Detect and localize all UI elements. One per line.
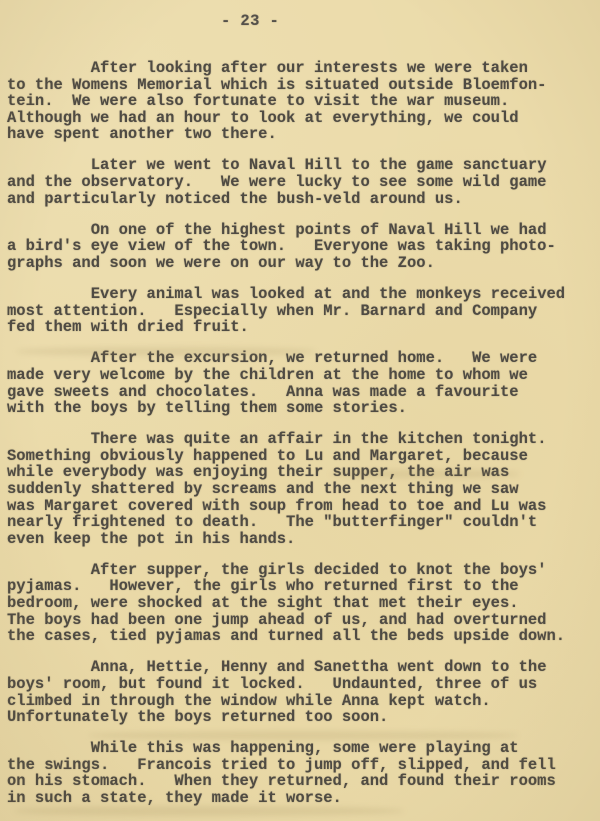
page-number: - 23 -: [221, 13, 279, 30]
paragraph-swings: While this was happening, some were play…: [7, 740, 593, 806]
paragraph-birds-eye-view: On one of the highest points of Naval Hi…: [7, 222, 593, 272]
paragraph-naval-hill: Later we went to Naval Hill to the game …: [7, 157, 593, 207]
paragraph-pyjama-prank: After supper, the girls decided to knot …: [7, 562, 593, 645]
paragraph-kitchen-affair: There was quite an affair in the kitchen…: [7, 431, 593, 547]
paragraph-zoo-monkeys: Every animal was looked at and the monke…: [7, 286, 593, 336]
document-body: After looking after our interests we wer…: [7, 60, 593, 807]
paragraph-memorial-museum: After looking after our interests we wer…: [7, 60, 593, 143]
document-page: - 23 - After looking after our interests…: [0, 0, 600, 821]
bleed-through-mark: [14, 806, 404, 816]
paragraph-locked-room: Anna, Hettie, Henny and Sanettha went do…: [7, 659, 593, 725]
paragraph-return-home: After the excursion, we returned home. W…: [7, 350, 593, 416]
